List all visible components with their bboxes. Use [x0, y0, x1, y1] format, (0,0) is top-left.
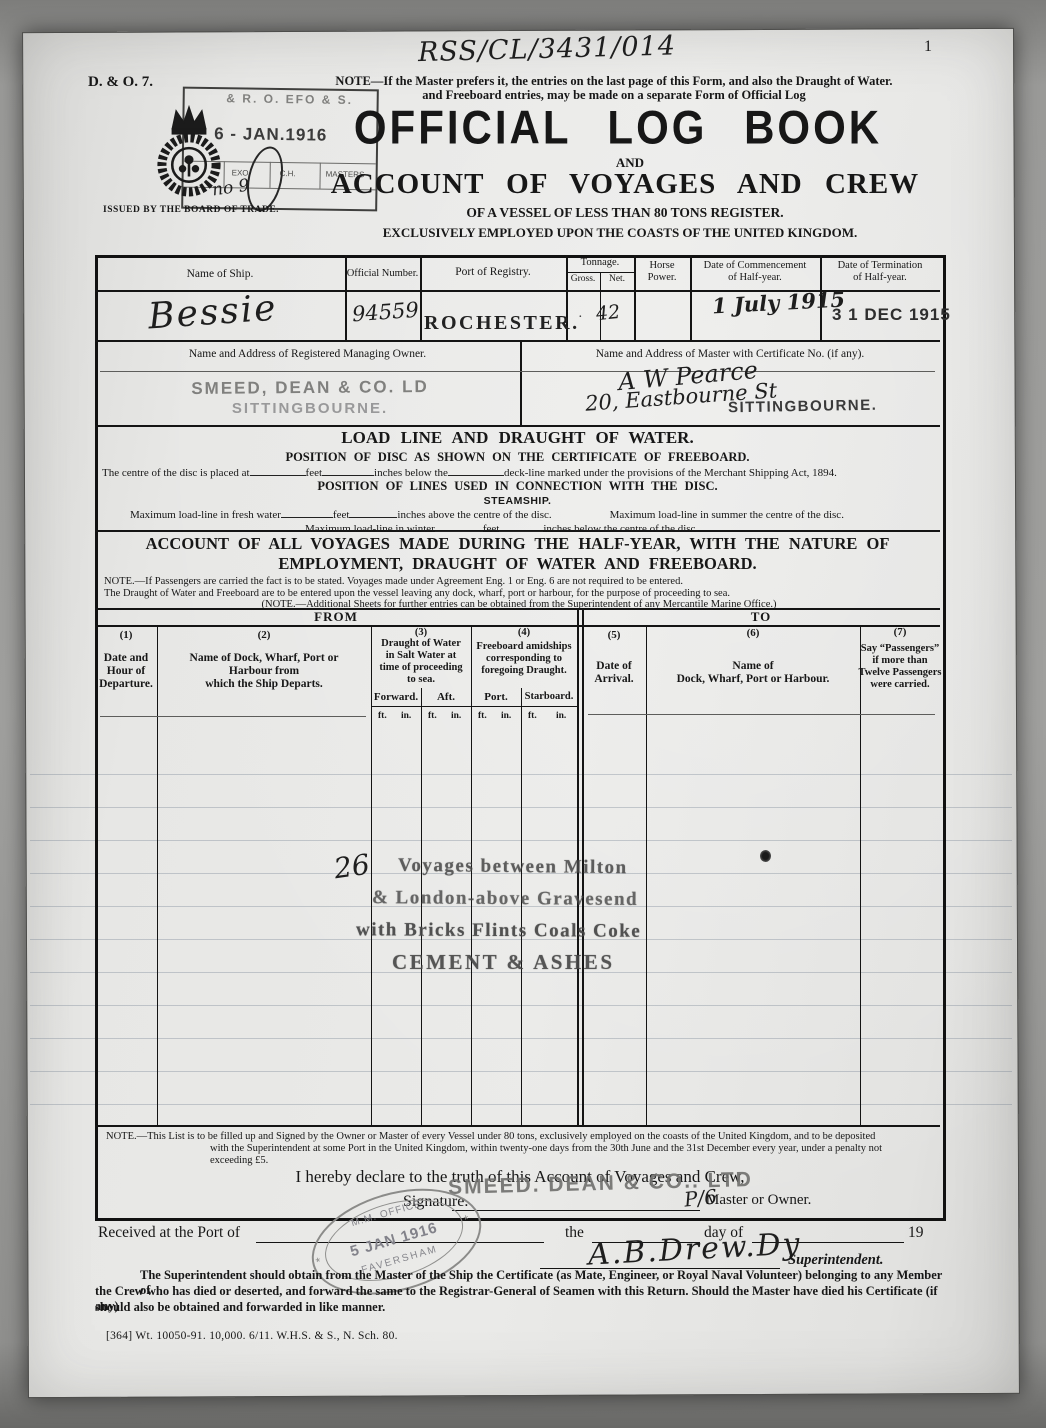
col6-number: (6) — [646, 627, 860, 639]
grid-line — [566, 272, 634, 273]
aft-label: Aft. — [421, 691, 471, 703]
col2-number: (2) — [157, 629, 371, 641]
in-label: in. — [451, 711, 461, 721]
forward-label: Forward. — [371, 691, 421, 703]
master-or-owner-label: Master or Owner. — [706, 1192, 811, 1209]
form-code: D. & O. 7. — [88, 74, 153, 91]
grid-line — [588, 714, 935, 715]
ink-blot — [760, 850, 771, 862]
winter-line: Maximum load-line in winterfeetinches be… — [305, 520, 698, 535]
voyage-count-handwritten: 26 — [332, 848, 372, 886]
grid-line — [95, 1125, 940, 1127]
col1-header: Date and Hour of Departure. — [95, 652, 157, 691]
voyage-entry-line2: & London-above Gravesend — [372, 887, 638, 911]
grid-line — [646, 625, 647, 1125]
blank-line — [499, 520, 543, 532]
tonnage-header: Tonnage. — [566, 257, 634, 268]
ship-name-header: Name of Ship. — [95, 268, 345, 280]
superintendent-label: Superintendent. — [788, 1252, 883, 1269]
owner-company-stamp: SMEED, DEAN & CO. LD — [150, 377, 470, 400]
year-label: 19 — [908, 1224, 924, 1242]
grid-line — [95, 340, 940, 342]
in-label: in. — [401, 711, 411, 721]
ft-label: ft. — [428, 711, 437, 721]
master-town-stamp: SITTINGBOURNE. — [728, 397, 878, 417]
centre-disc-text3: inches below the — [374, 467, 448, 479]
position-disc-line: POSITION OF DISC AS SHOWN ON THE CERTIFI… — [95, 450, 940, 465]
net-header: Net. — [600, 274, 634, 284]
centre-disc-line: The centre of the disc is placed atfeeti… — [102, 464, 942, 479]
grid-line — [371, 706, 578, 707]
issued-by-line: ISSUED BY THE BOARD OF TRADE. — [103, 205, 279, 215]
col3-header: Draught of Water in Salt Water at time o… — [371, 638, 471, 686]
commencement-header: Date of Commencement of Half-year. — [690, 260, 820, 284]
in-label: in. — [556, 711, 566, 721]
blank-line — [322, 464, 374, 476]
the-label: the — [565, 1224, 584, 1242]
account-note2: The Draught of Water and Freeboard are t… — [104, 588, 934, 599]
net-tonnage-value: 42 — [595, 301, 621, 325]
starboard-label: Starboard. — [521, 691, 577, 702]
port-label: Port. — [471, 691, 521, 703]
official-number-value: 94559 — [351, 298, 419, 327]
archive-reference-handwritten: RSS/CL/3431/014 — [418, 31, 659, 68]
header-note: NOTE—If the Master prefers it, the entri… — [278, 74, 950, 102]
official-number-header: Official Number. — [345, 268, 420, 279]
grid-line — [157, 625, 158, 1125]
col5-number: (5) — [582, 629, 646, 641]
from-label: FROM — [95, 609, 577, 625]
blank-line — [448, 464, 504, 476]
superintendent-note-line3: should also be obtained and forwarded in… — [95, 1300, 595, 1315]
list-note-line2: with the Superintendent at some Port in … — [210, 1143, 934, 1154]
header-note-line2: and Freeboard entries, may be made on a … — [422, 88, 805, 102]
grid-line — [100, 371, 935, 372]
received-label: Received at the Port of — [98, 1224, 240, 1242]
centre-disc-text4: deck-line marked under the provisions of… — [504, 467, 837, 479]
coasts-line: EXCLUSIVELY EMPLOYED UPON THE COASTS OF … — [310, 225, 930, 241]
vessel-line: OF A VESSEL OF LESS THAN 80 TONS REGISTE… — [320, 205, 930, 221]
account-heading-line1: ACCOUNT OF ALL VOYAGES MADE DURING THE H… — [95, 534, 940, 554]
grid-line — [95, 425, 940, 427]
page-title: OFFICIAL LOG BOOK — [293, 101, 943, 155]
col7-number: (7) — [860, 626, 940, 638]
header-note-line1: NOTE—If the Master prefers it, the entri… — [335, 74, 892, 88]
load-line-title: LOAD LINE AND DRAUGHT OF WATER. — [95, 428, 940, 448]
ft-label: ft. — [478, 711, 487, 721]
col1-number: (1) — [95, 629, 157, 641]
ft-label: ft. — [528, 711, 537, 721]
signature-line — [452, 1210, 700, 1211]
gross-header: Gross. — [566, 274, 600, 284]
owner-town-stamp: SITTINGBOURNE. — [170, 400, 450, 417]
termination-value: 3 1 DEC 1915 — [832, 305, 951, 325]
list-note-line1: NOTE.—This List is to be filled up and S… — [106, 1131, 932, 1142]
port-of-registry-value: ROCHESTER. — [424, 312, 580, 335]
col3-number: (3) — [371, 627, 471, 638]
page-subtitle: ACCOUNT OF VOYAGES AND CREW — [320, 168, 930, 201]
page-number: 1 — [924, 38, 932, 56]
horse-power-header: Horse Power. — [634, 260, 690, 284]
account-heading-line2: EMPLOYMENT, DRAUGHT OF WATER AND FREEBOA… — [95, 554, 940, 574]
voyage-entry-line4: CEMENT & ASHES — [392, 950, 615, 975]
col4-number: (4) — [471, 627, 577, 638]
in-label: in. — [501, 711, 511, 721]
col4-header: Freeboard amidships corresponding to for… — [471, 641, 577, 677]
fresh-water-line: Maximum load-line in fresh waterfeetinch… — [130, 506, 844, 521]
centre-disc-text1: The centre of the disc is placed at — [102, 467, 250, 479]
position-lines-line: POSITION OF LINES USED IN CONNECTION WIT… — [95, 479, 940, 494]
board-of-trade-seal-icon — [150, 103, 228, 201]
col7-header: Say “Passengers” if more than Twelve Pas… — [856, 643, 944, 691]
list-note-line3: exceeding £5. — [210, 1155, 510, 1166]
voyage-entry-line3: with Bricks Flints Coals Coke — [356, 919, 641, 942]
blank-line — [435, 520, 483, 532]
termination-header: Date of Termination of Half-year. — [820, 260, 940, 284]
fresh-text1: Maximum load-line in fresh water — [130, 509, 281, 521]
scanned-log-book-page: RSS/CL/3431/014 1 D. & O. 7. NOTE—If the… — [0, 0, 1046, 1428]
centre-disc-text2: feet — [306, 467, 322, 479]
col5-header: Date of Arrival. — [582, 660, 646, 686]
voyage-entry-line1: Voyages between Milton — [398, 855, 628, 879]
print-code: [364] Wt. 10050-91. 10,000. 6/11. W.H.S.… — [106, 1330, 398, 1342]
col6-header: Name of Dock, Wharf, Port or Harbour. — [646, 660, 860, 686]
grid-line — [100, 716, 366, 717]
gross-tonnage-value: · — [578, 310, 583, 326]
account-note1: NOTE.—If Passengers are carried the fact… — [104, 576, 934, 587]
blank-line — [349, 506, 397, 518]
blank-line — [281, 506, 333, 518]
blank-line — [250, 464, 306, 476]
to-label: TO — [582, 609, 940, 625]
ft-label: ft. — [378, 711, 387, 721]
grid-line — [860, 625, 861, 1125]
port-of-registry-header: Port of Registry. — [420, 266, 566, 278]
owner-header: Name and Address of Registered Managing … — [95, 348, 520, 360]
col2-header: Name of Dock, Wharf, Port or Harbour fro… — [157, 652, 371, 691]
